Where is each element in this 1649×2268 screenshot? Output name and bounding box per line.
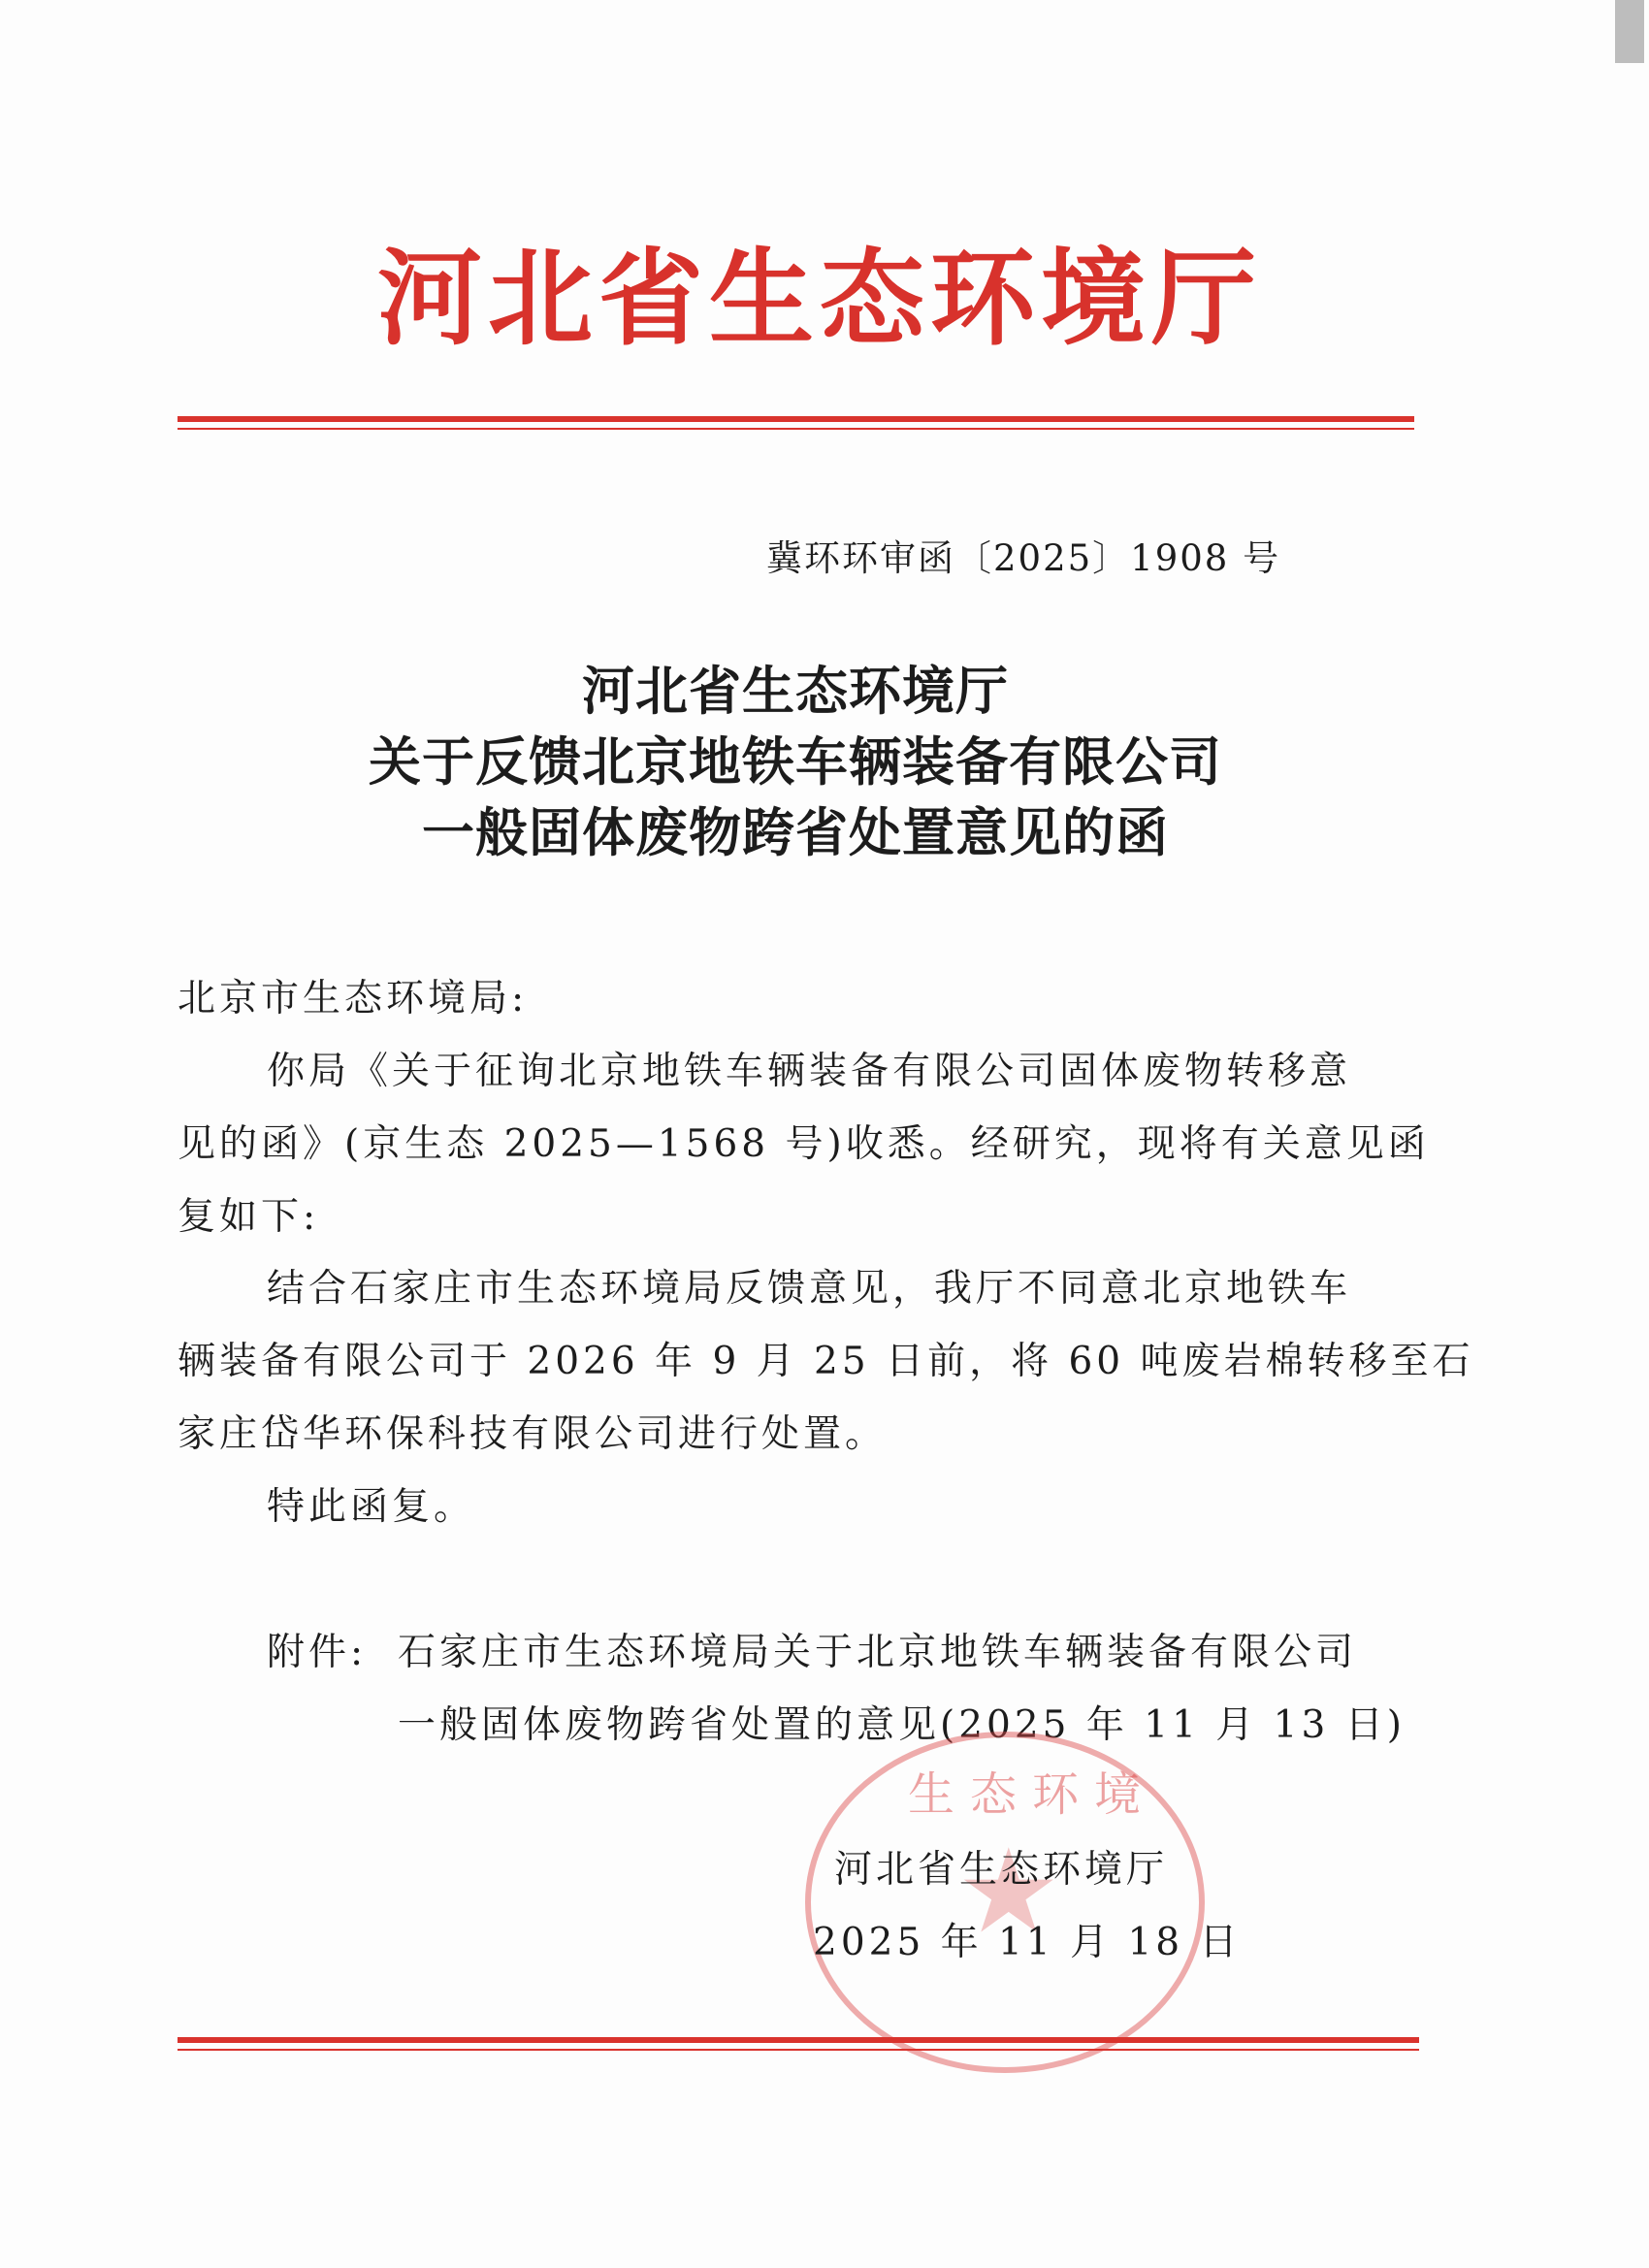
- document-title: 河北省生态环境厅 关于反馈北京地铁车辆装备有限公司 一般固体废物跨省处置意见的函: [194, 656, 1397, 868]
- signature-date: 2025 年 11 月 18 日: [813, 1912, 1242, 1966]
- paragraph-2-line-1: 结合石家庄市生态环境局反馈意见，我厅不同意北京地铁车: [267, 1258, 1351, 1312]
- official-seal: 生态环境 ★: [805, 1732, 1205, 2073]
- title-line-3: 一般固体废物跨省处置意见的函: [194, 797, 1397, 868]
- title-line-1: 河北省生态环境厅: [194, 656, 1397, 727]
- paragraph-1-line-2: 见的函》(京生态 2025—1568 号)收悉。经研究，现将有关意见函: [178, 1114, 1430, 1168]
- attachment-label: 附件:: [267, 1622, 367, 1676]
- document-number: 冀环环审函〔2025〕1908 号: [766, 529, 1280, 581]
- paragraph-1-line-3: 复如下:: [178, 1186, 319, 1241]
- footer-rule-thin: [178, 2049, 1419, 2051]
- letterhead-rule-thin: [178, 428, 1414, 430]
- attachment-line-2: 一般固体废物跨省处置的意见(2025 年 11 月 13 日): [398, 1695, 1406, 1749]
- signature-organization: 河北省生态环境厅: [834, 1839, 1168, 1894]
- letterhead-rule-thick: [178, 416, 1414, 422]
- footer-rule-thick: [178, 2037, 1419, 2043]
- paragraph-2-line-3: 家庄岱华环保科技有限公司进行处置。: [178, 1404, 887, 1458]
- paragraph-1-line-1: 你局《关于征询北京地铁车辆装备有限公司固体废物转移意: [267, 1041, 1351, 1095]
- addressee: 北京市生态环境局:: [178, 968, 528, 1022]
- closing-line: 特此函复。: [267, 1476, 475, 1531]
- attachment-line-1: 石家庄市生态环境局关于北京地铁车辆装备有限公司: [398, 1622, 1357, 1676]
- paragraph-2-line-2: 辆装备有限公司于 2026 年 9 月 25 日前，将 60 吨废岩棉转移至石: [178, 1331, 1474, 1385]
- seal-text: 生态环境: [908, 1757, 1156, 1824]
- letterhead-title: 河北省生态环境厅: [272, 247, 1368, 352]
- scan-corner-mark: [1615, 0, 1644, 63]
- title-line-2: 关于反馈北京地铁车辆装备有限公司: [194, 727, 1397, 797]
